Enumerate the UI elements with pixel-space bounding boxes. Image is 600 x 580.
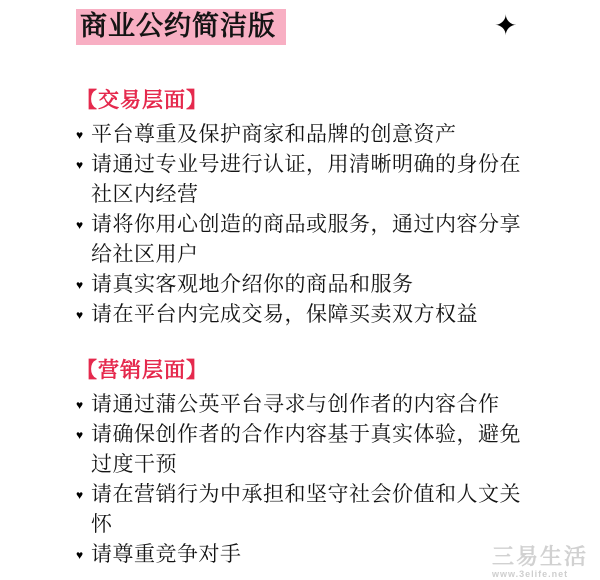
list-item-text: 请真实客观地介绍你的商品和服务: [91, 273, 414, 296]
section-marketing-heading: 【营销层面】: [76, 358, 534, 384]
list-item-text: 请尊重竞争对手: [91, 543, 242, 566]
list-item: ♥ 请真实客观地介绍你的商品和服务: [76, 270, 534, 300]
list-item: ♥ 请将你用心创造的商品或服务，通过内容分享给社区用户: [76, 210, 534, 270]
heart-bullet-icon: ♥: [76, 150, 84, 180]
section-marketing: 【营销层面】 ♥ 请通过蒲公英平台寻求与创作者的内容合作 ♥ 请确保创作者的合作…: [76, 358, 534, 570]
list-item-text: 请在营销行为中承担和坚守社会价值和人文关怀: [91, 483, 521, 536]
poster-page: 商业公约简洁版 ✦ 【交易层面】 ♥ 平台尊重及保护商家和品牌的创意资产 ♥ 请…: [0, 0, 600, 580]
list-item-text: 请在平台内完成交易，保障买卖双方权益: [91, 303, 478, 326]
list-item: ♥ 请通过蒲公英平台寻求与创作者的内容合作: [76, 390, 534, 420]
marketing-rule-list: ♥ 请通过蒲公英平台寻求与创作者的内容合作 ♥ 请确保创作者的合作内容基于真实体…: [76, 390, 534, 570]
list-item-text: 请通过专业号进行认证，用清晰明确的身份在社区内经营: [91, 153, 521, 206]
list-item-text: 请将你用心创造的商品或服务，通过内容分享给社区用户: [91, 213, 521, 266]
heart-bullet-icon: ♥: [76, 120, 84, 150]
list-item-text: 平台尊重及保护商家和品牌的创意资产: [91, 123, 457, 146]
watermark-url: www.3elife.net: [492, 569, 600, 579]
watermark-logo: 三易生活 www.3elife.net: [492, 546, 600, 579]
heart-bullet-icon: ♥: [76, 420, 84, 450]
list-item: ♥ 请在平台内完成交易，保障买卖双方权益: [76, 300, 534, 330]
list-item-text: 请通过蒲公英平台寻求与创作者的内容合作: [91, 393, 500, 416]
list-item: ♥ 请尊重竞争对手: [76, 540, 534, 570]
heart-bullet-icon: ♥: [76, 300, 84, 330]
section-transaction: 【交易层面】 ♥ 平台尊重及保护商家和品牌的创意资产 ♥ 请通过专业号进行认证，…: [76, 88, 534, 330]
transaction-rule-list: ♥ 平台尊重及保护商家和品牌的创意资产 ♥ 请通过专业号进行认证，用清晰明确的身…: [76, 120, 534, 330]
heart-bullet-icon: ♥: [76, 480, 84, 510]
section-transaction-heading: 【交易层面】: [76, 88, 534, 114]
watermark-text: 三易生活: [492, 546, 600, 568]
page-title: 商业公约简洁版: [76, 8, 286, 44]
list-item: ♥ 请确保创作者的合作内容基于真实体验，避免过度干预: [76, 420, 534, 480]
list-item-text: 请确保创作者的合作内容基于真实体验，避免过度干预: [91, 423, 521, 476]
sparkle-icon: ✦: [494, 12, 517, 40]
heart-bullet-icon: ♥: [76, 270, 84, 300]
heart-bullet-icon: ♥: [76, 210, 84, 240]
list-item: ♥ 请通过专业号进行认证，用清晰明确的身份在社区内经营: [76, 150, 534, 210]
list-item: ♥ 平台尊重及保护商家和品牌的创意资产: [76, 120, 534, 150]
heart-bullet-icon: ♥: [76, 540, 84, 570]
heart-bullet-icon: ♥: [76, 390, 84, 420]
list-item: ♥ 请在营销行为中承担和坚守社会价值和人文关怀: [76, 480, 534, 540]
page-title-highlight: 商业公约简洁版: [76, 9, 286, 45]
